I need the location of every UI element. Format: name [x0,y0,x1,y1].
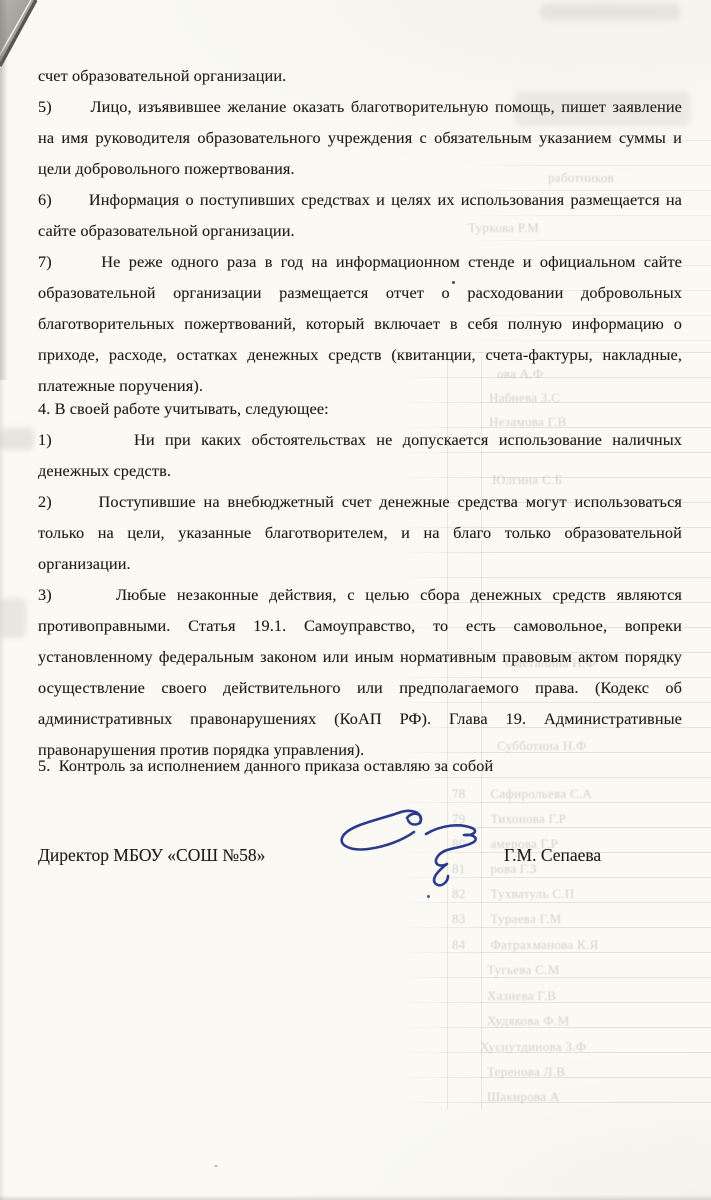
text-line: благотворительных пожертвований, который… [38,308,682,339]
item-4-heading: 4. В своей работе учитывать, следующее: [38,393,682,424]
text-line: цели добровольного пожертвования. [38,153,682,184]
ghost-text-fragment: Хазиева Г.В [487,988,556,1004]
text-line: административных правонарушениях (КоАП Р… [38,703,682,734]
text-line: только на цели, указанные благотворителе… [38,517,682,548]
ghost-text-fragment: Тугьева С.М [487,962,560,978]
ink-speck [215,1165,217,1167]
scanned-page: работников Туркова Р.М ова А.Ф Набиева З… [0,0,711,1200]
signature-name: Г.М. Сепаева [504,845,601,866]
text-line: осуществление своего действительного или… [38,672,682,703]
ghost-text-fragment: Шакирова А [487,1089,560,1105]
text-line: образовательной организации размещается … [38,277,682,308]
ghost-text-fragment: Худякова Ф.М [487,1013,569,1029]
ghost-text-fragment: Теренова Л.В [487,1064,565,1080]
document-body: счет образовательной организации. 5) Лиц… [38,60,682,781]
ghost-text-fragment: 84 Фатрахманова К.Я [452,937,599,953]
paper-smudge [0,428,34,450]
clause-6-line: 6) Информация о поступивших средствах и … [38,184,682,215]
subclause-2-line: 2) Поступившие на внебюджетный счет дене… [38,486,682,517]
page-edge-shadow-top [0,0,8,380]
clause-5-line: 5) Лицо, изъявившее желание оказать благ… [38,91,682,122]
text-line: организации. [38,548,682,579]
clause-7-line: 7) Не реже одного раза в год на информац… [38,246,682,277]
item-5-heading: 5. Контроль за исполнением данного прика… [38,750,682,781]
paper-smudge [540,4,680,20]
text-line: противоправными. Статья 19.1. Самоуправс… [38,610,682,641]
text-line: сайте образовательной организации. [38,215,682,246]
subclause-1-line: 1) Ни при каких обстоятельствах не допус… [38,424,682,455]
subclause-3-line: 3) Любые незаконные действия, с целью сб… [38,579,682,610]
text-line: установленному федеральным законом или и… [38,641,682,672]
signature-scribble [328,796,493,904]
text-line: денежных средств. [38,455,682,486]
ink-speck [427,895,430,898]
ghost-text-fragment: Хуснутдинова З.Ф [480,1039,586,1055]
ghost-text-fragment: 83 Тураева Г.М [452,911,561,927]
signature-title: Директор МБОУ «СОШ №58» [38,845,265,866]
text-line: приходе, расходе, остатках денежных сред… [38,339,682,370]
paper-smudge [0,598,26,638]
page-edge-shadow-bottom [0,1195,711,1200]
page-edge-shadow-low [0,380,5,1200]
text-line: на имя руководителя образовательного учр… [38,122,682,153]
text-line: счет образовательной организации. [38,60,682,91]
